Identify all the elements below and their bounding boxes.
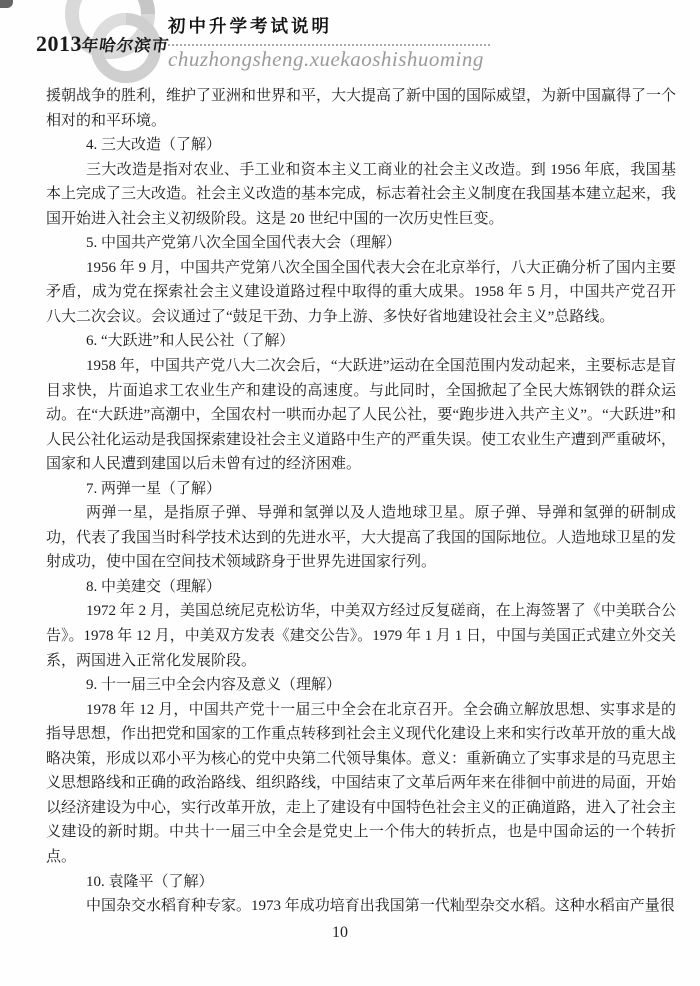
section-4-paragraph: 三大改造是指对农业、手工业和资本主义工商业的社会主义改造。到 1956 年底，我… bbox=[46, 158, 676, 232]
title-pinyin: chuzhongsheng.xuekaoshishuoming bbox=[168, 47, 490, 72]
section-heading-5: 5. 中国共产党第八次全国全国代表大会（理解） bbox=[46, 231, 676, 256]
page-title: 初中升学考试说明 bbox=[168, 13, 490, 38]
section-5-paragraph: 1956 年 9 月，中国共产党第八次全国全国代表大会在北京举行，八大正确分析了… bbox=[46, 256, 676, 330]
section-heading-9: 9. 十一届三中全会内容及意义（理解） bbox=[46, 673, 676, 698]
section-7-paragraph: 两弹一星，是指原子弹、导弹和氢弹以及人造地球卫星。原子弹、导弹和氢弹的研制成功，… bbox=[46, 501, 676, 575]
scan-corner-smudge bbox=[0, 0, 13, 8]
section-heading-8: 8. 中美建交（理解） bbox=[46, 575, 676, 600]
paragraph-continued: 援朝战争的胜利，维护了亚洲和世界和平，大大提高了新中国的国际威望，为新中国赢得了… bbox=[46, 84, 676, 133]
dotted-divider bbox=[168, 44, 490, 46]
edition-label: 2013年哈尔滨市 bbox=[36, 31, 170, 57]
section-heading-4: 4. 三大改造（了解） bbox=[46, 133, 676, 158]
edition-year: 2013 bbox=[36, 31, 82, 56]
document-body: 援朝战争的胜利，维护了亚洲和世界和平，大大提高了新中国的国际威望，为新中国赢得了… bbox=[46, 84, 676, 919]
section-heading-10: 10. 袁隆平（了解） bbox=[46, 870, 676, 895]
section-heading-6: 6. “大跃进”和人民公社（了解） bbox=[46, 329, 676, 354]
section-9-paragraph: 1978 年 12 月，中国共产党十一届三中全会在北京召开。全会确立解放思想、实… bbox=[46, 698, 676, 870]
section-8-paragraph: 1972 年 2 月，美国总统尼克松访华，中美双方经过反复磋商，在上海签署了《中… bbox=[46, 599, 676, 673]
scanned-document-page: 2013年哈尔滨市 初中升学考试说明 chuzhongsheng.xuekaos… bbox=[0, 0, 700, 986]
edition-region: 年哈尔滨市 bbox=[80, 32, 171, 56]
section-heading-7: 7. 两弹一星（了解） bbox=[46, 477, 676, 502]
page-number: 10 bbox=[0, 924, 680, 942]
section-10-paragraph: 中国杂交水稻育种专家。1973 年成功培育出我国第一代籼型杂交水稻。这种水稻亩产… bbox=[46, 894, 676, 919]
document-header: 初中升学考试说明 chuzhongsheng.xuekaoshishuoming bbox=[168, 13, 490, 72]
section-6-paragraph: 1958 年，中国共产党八大二次会后，“大跃进”运动在全国范围内发动起来，主要标… bbox=[46, 354, 676, 477]
